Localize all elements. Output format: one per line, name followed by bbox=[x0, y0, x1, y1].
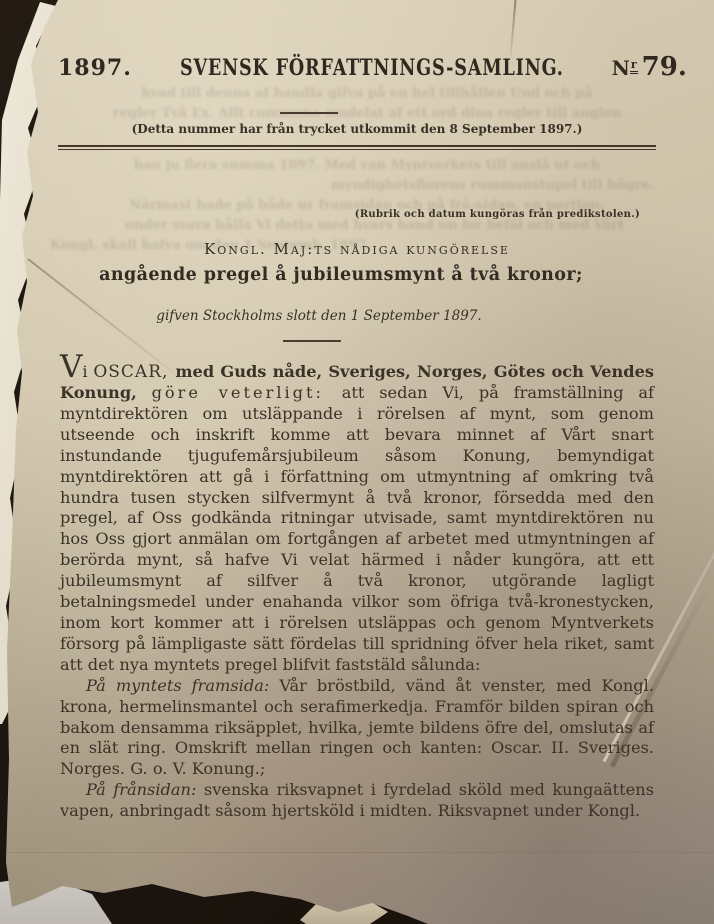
body-paragraph-3: På frånsidan:svenska riksvapnet i fyrdel… bbox=[60, 780, 654, 822]
body-paragraph-1: ViOSCAR,med Guds nåde, Sveriges, Norges,… bbox=[60, 352, 654, 676]
drop-initial-rest: i bbox=[82, 362, 93, 381]
dateline-rule bbox=[283, 340, 341, 342]
printed-content: 1897. SVENSK FÖRFATTNINGS-SAMLING. Nr79.… bbox=[58, 0, 656, 924]
pulpit-notice: (Rubrik och datum kungöras från predikst… bbox=[58, 209, 656, 220]
masthead-title: SVENSK FÖRFATTNINGS-SAMLING. bbox=[180, 55, 564, 81]
spaced-phrase: göre veterligt: bbox=[152, 383, 342, 402]
masthead: 1897. SVENSK FÖRFATTNINGS-SAMLING. Nr79. bbox=[58, 52, 656, 82]
paragraph-lead: På frånsidan: bbox=[86, 780, 204, 799]
drop-initial: V bbox=[60, 349, 82, 385]
decree-dateline: gifven Stockholms slott den 1 September … bbox=[20, 308, 618, 324]
issue-no-abbrev: N bbox=[612, 56, 630, 80]
document-page: hvad till denna af handla gifva på en he… bbox=[0, 0, 714, 924]
royal-name: OSCAR, bbox=[93, 362, 175, 382]
print-date-notice: (Detta nummer har från trycket utkommit … bbox=[58, 122, 656, 136]
issue-no-value: 79. bbox=[642, 52, 687, 82]
title-rule bbox=[280, 112, 338, 114]
masthead-year: 1897. bbox=[58, 55, 132, 81]
paragraph-text: att sedan Vi, på framställning af myntdi… bbox=[60, 383, 654, 674]
photo-backdrop: hvad till denna af handla gifva på en he… bbox=[0, 0, 714, 924]
decree-body: ViOSCAR,med Guds nåde, Sveriges, Norges,… bbox=[60, 352, 654, 822]
body-paragraph-2: På myntets framsida:Vår bröstbild, vänd … bbox=[60, 676, 654, 781]
paragraph-lead: På myntets framsida: bbox=[86, 676, 279, 695]
decree-kicker: Kongl. Maj:ts nådiga kungörelse bbox=[58, 240, 656, 258]
decree-title: angående pregel å jubileumsmynt å två kr… bbox=[42, 265, 640, 285]
issue-no-superscript: r bbox=[630, 58, 638, 74]
double-rule bbox=[58, 145, 656, 150]
issue-number: Nr79. bbox=[612, 52, 687, 82]
